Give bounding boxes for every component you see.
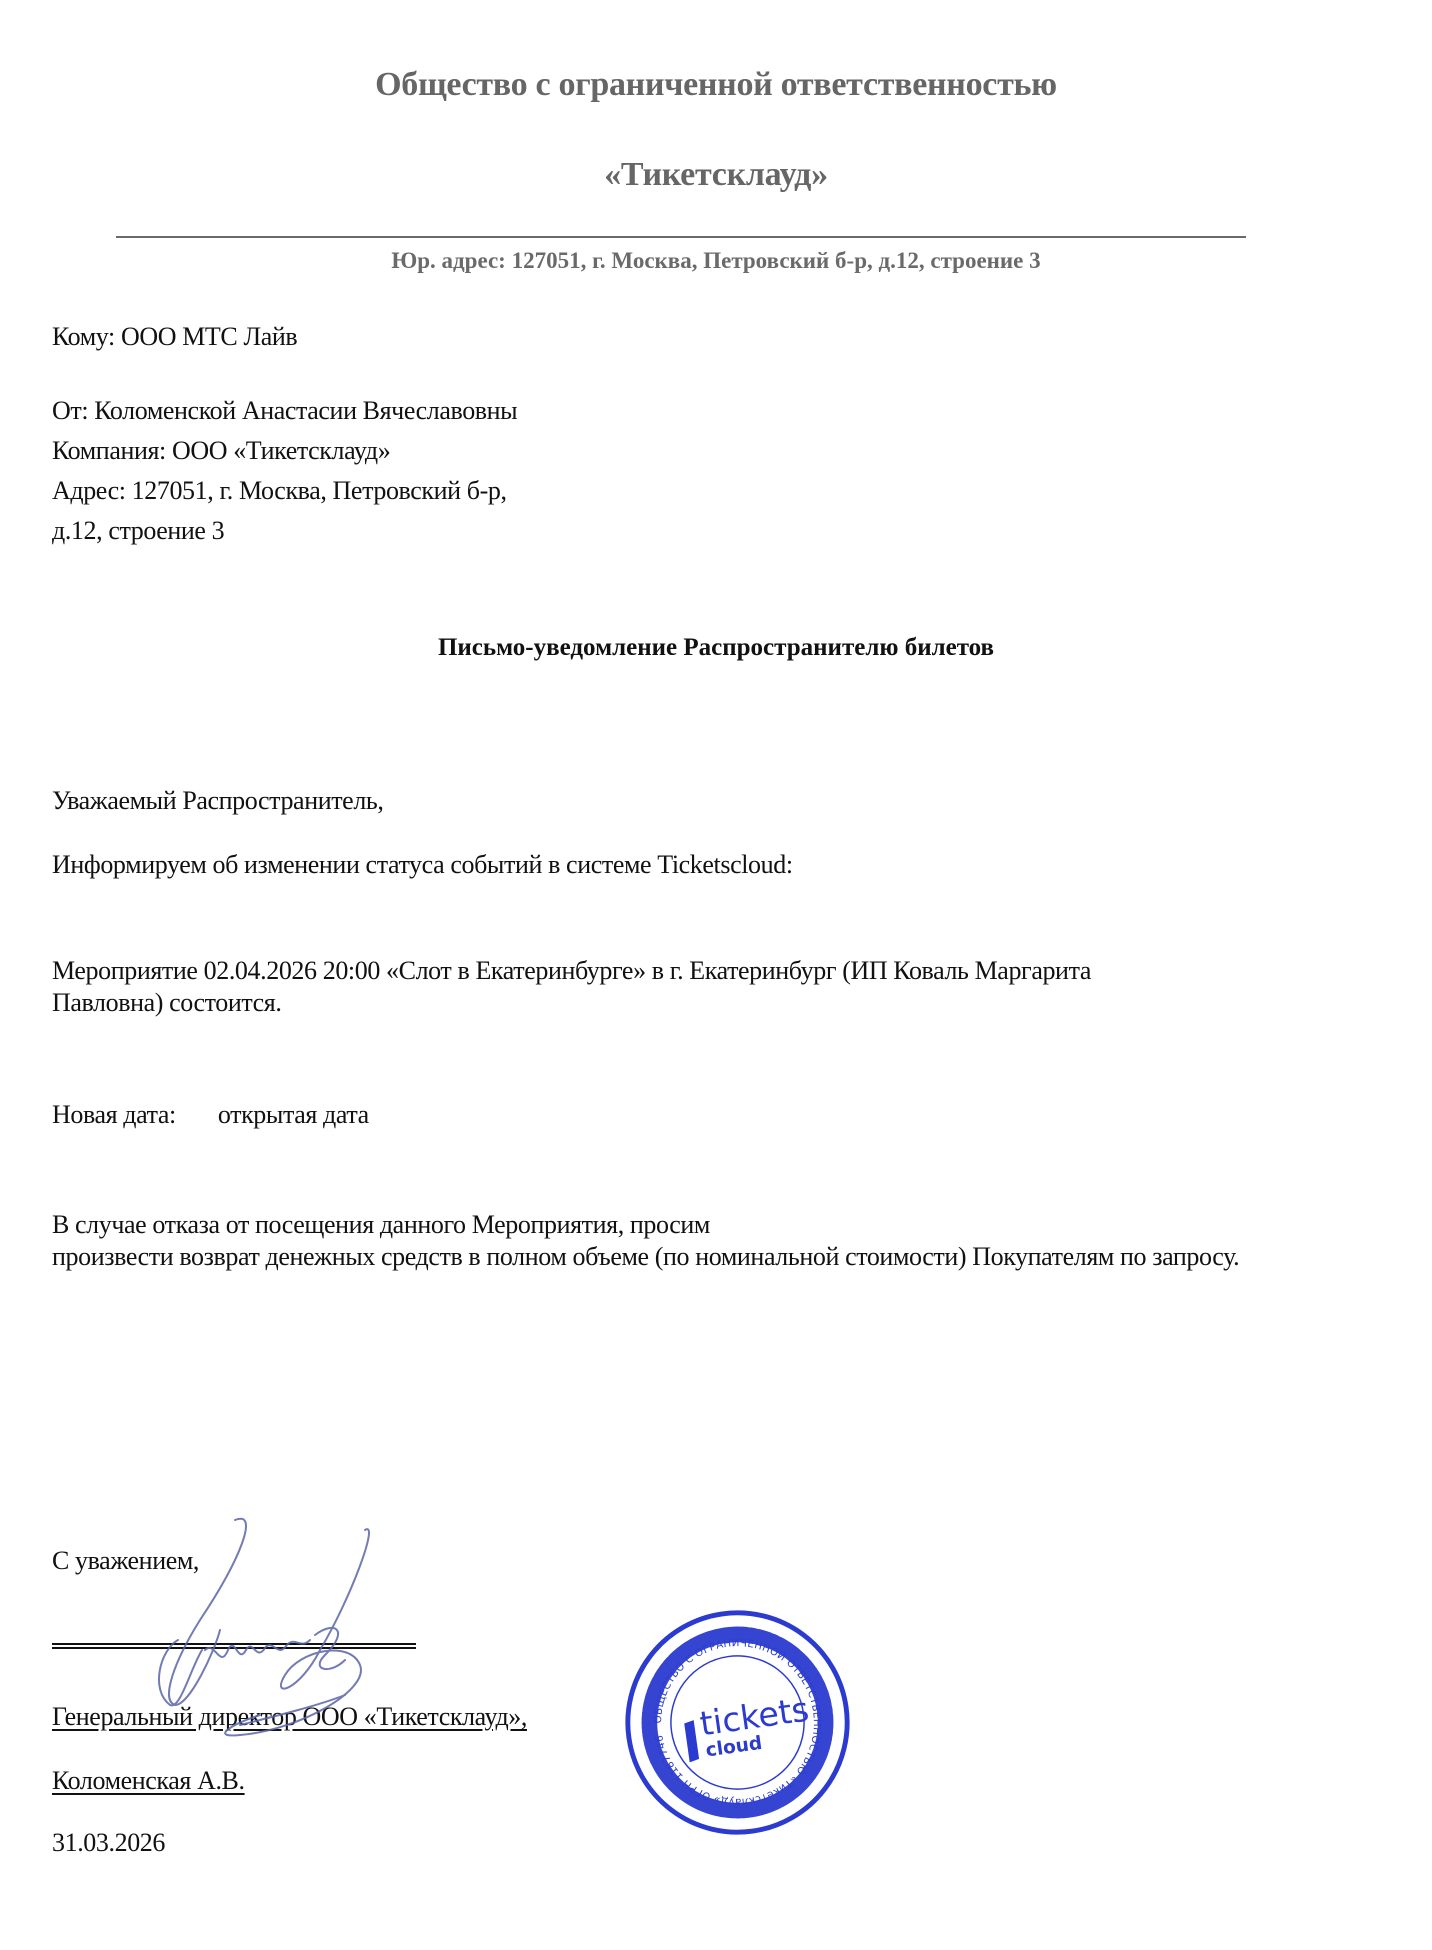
event-line-1: Мероприятие 02.04.2026 20:00 «Слот в Ека… <box>52 956 1091 986</box>
sender-address-line-1: Адрес: 127051, г. Москва, Петровский б-р… <box>52 476 507 506</box>
event-line-2: Павловна) состоится. <box>52 988 281 1018</box>
signatory-name: Коломенская А.В. <box>52 1766 245 1796</box>
letter-subject: Письмо-уведомление Распространителю биле… <box>0 634 1432 662</box>
sender-line: От: Коломенской Анастасии Вячеславовны <box>52 396 517 426</box>
refund-line-1: В случае отказа от посещения данного Мер… <box>52 1210 710 1240</box>
new-date-row: Новая дата:открытая дата <box>52 1100 369 1130</box>
recipient-line: Кому: ООО МТС Лайв <box>52 322 297 352</box>
company-stamp-icon: ИНН 7703459471 ИНН 7703459471 ИНН 770345… <box>620 1605 855 1840</box>
greeting: Уважаемый Распространитель, <box>52 786 383 816</box>
sender-address-line-2: д.12, строение 3 <box>52 516 224 546</box>
letterhead-company-type: Общество с ограниченной ответственностью <box>0 66 1432 104</box>
letterhead-company-name: «Тикетсклауд» <box>0 156 1432 194</box>
sender-company-line: Компания: ООО «Тикетсклауд» <box>52 436 390 466</box>
new-date-value: открытая дата <box>218 1100 369 1129</box>
letterhead-divider <box>116 236 1246 238</box>
new-date-label: Новая дата: <box>52 1100 176 1129</box>
intro-paragraph: Информируем об изменении статуса событий… <box>52 850 793 880</box>
handwritten-signature-icon <box>120 1500 420 1750</box>
letterhead-legal-address: Юр. адрес: 127051, г. Москва, Петровский… <box>0 248 1432 274</box>
refund-line-2: произвести возврат денежных средств в по… <box>52 1242 1239 1272</box>
letter-date: 31.03.2026 <box>52 1828 165 1858</box>
